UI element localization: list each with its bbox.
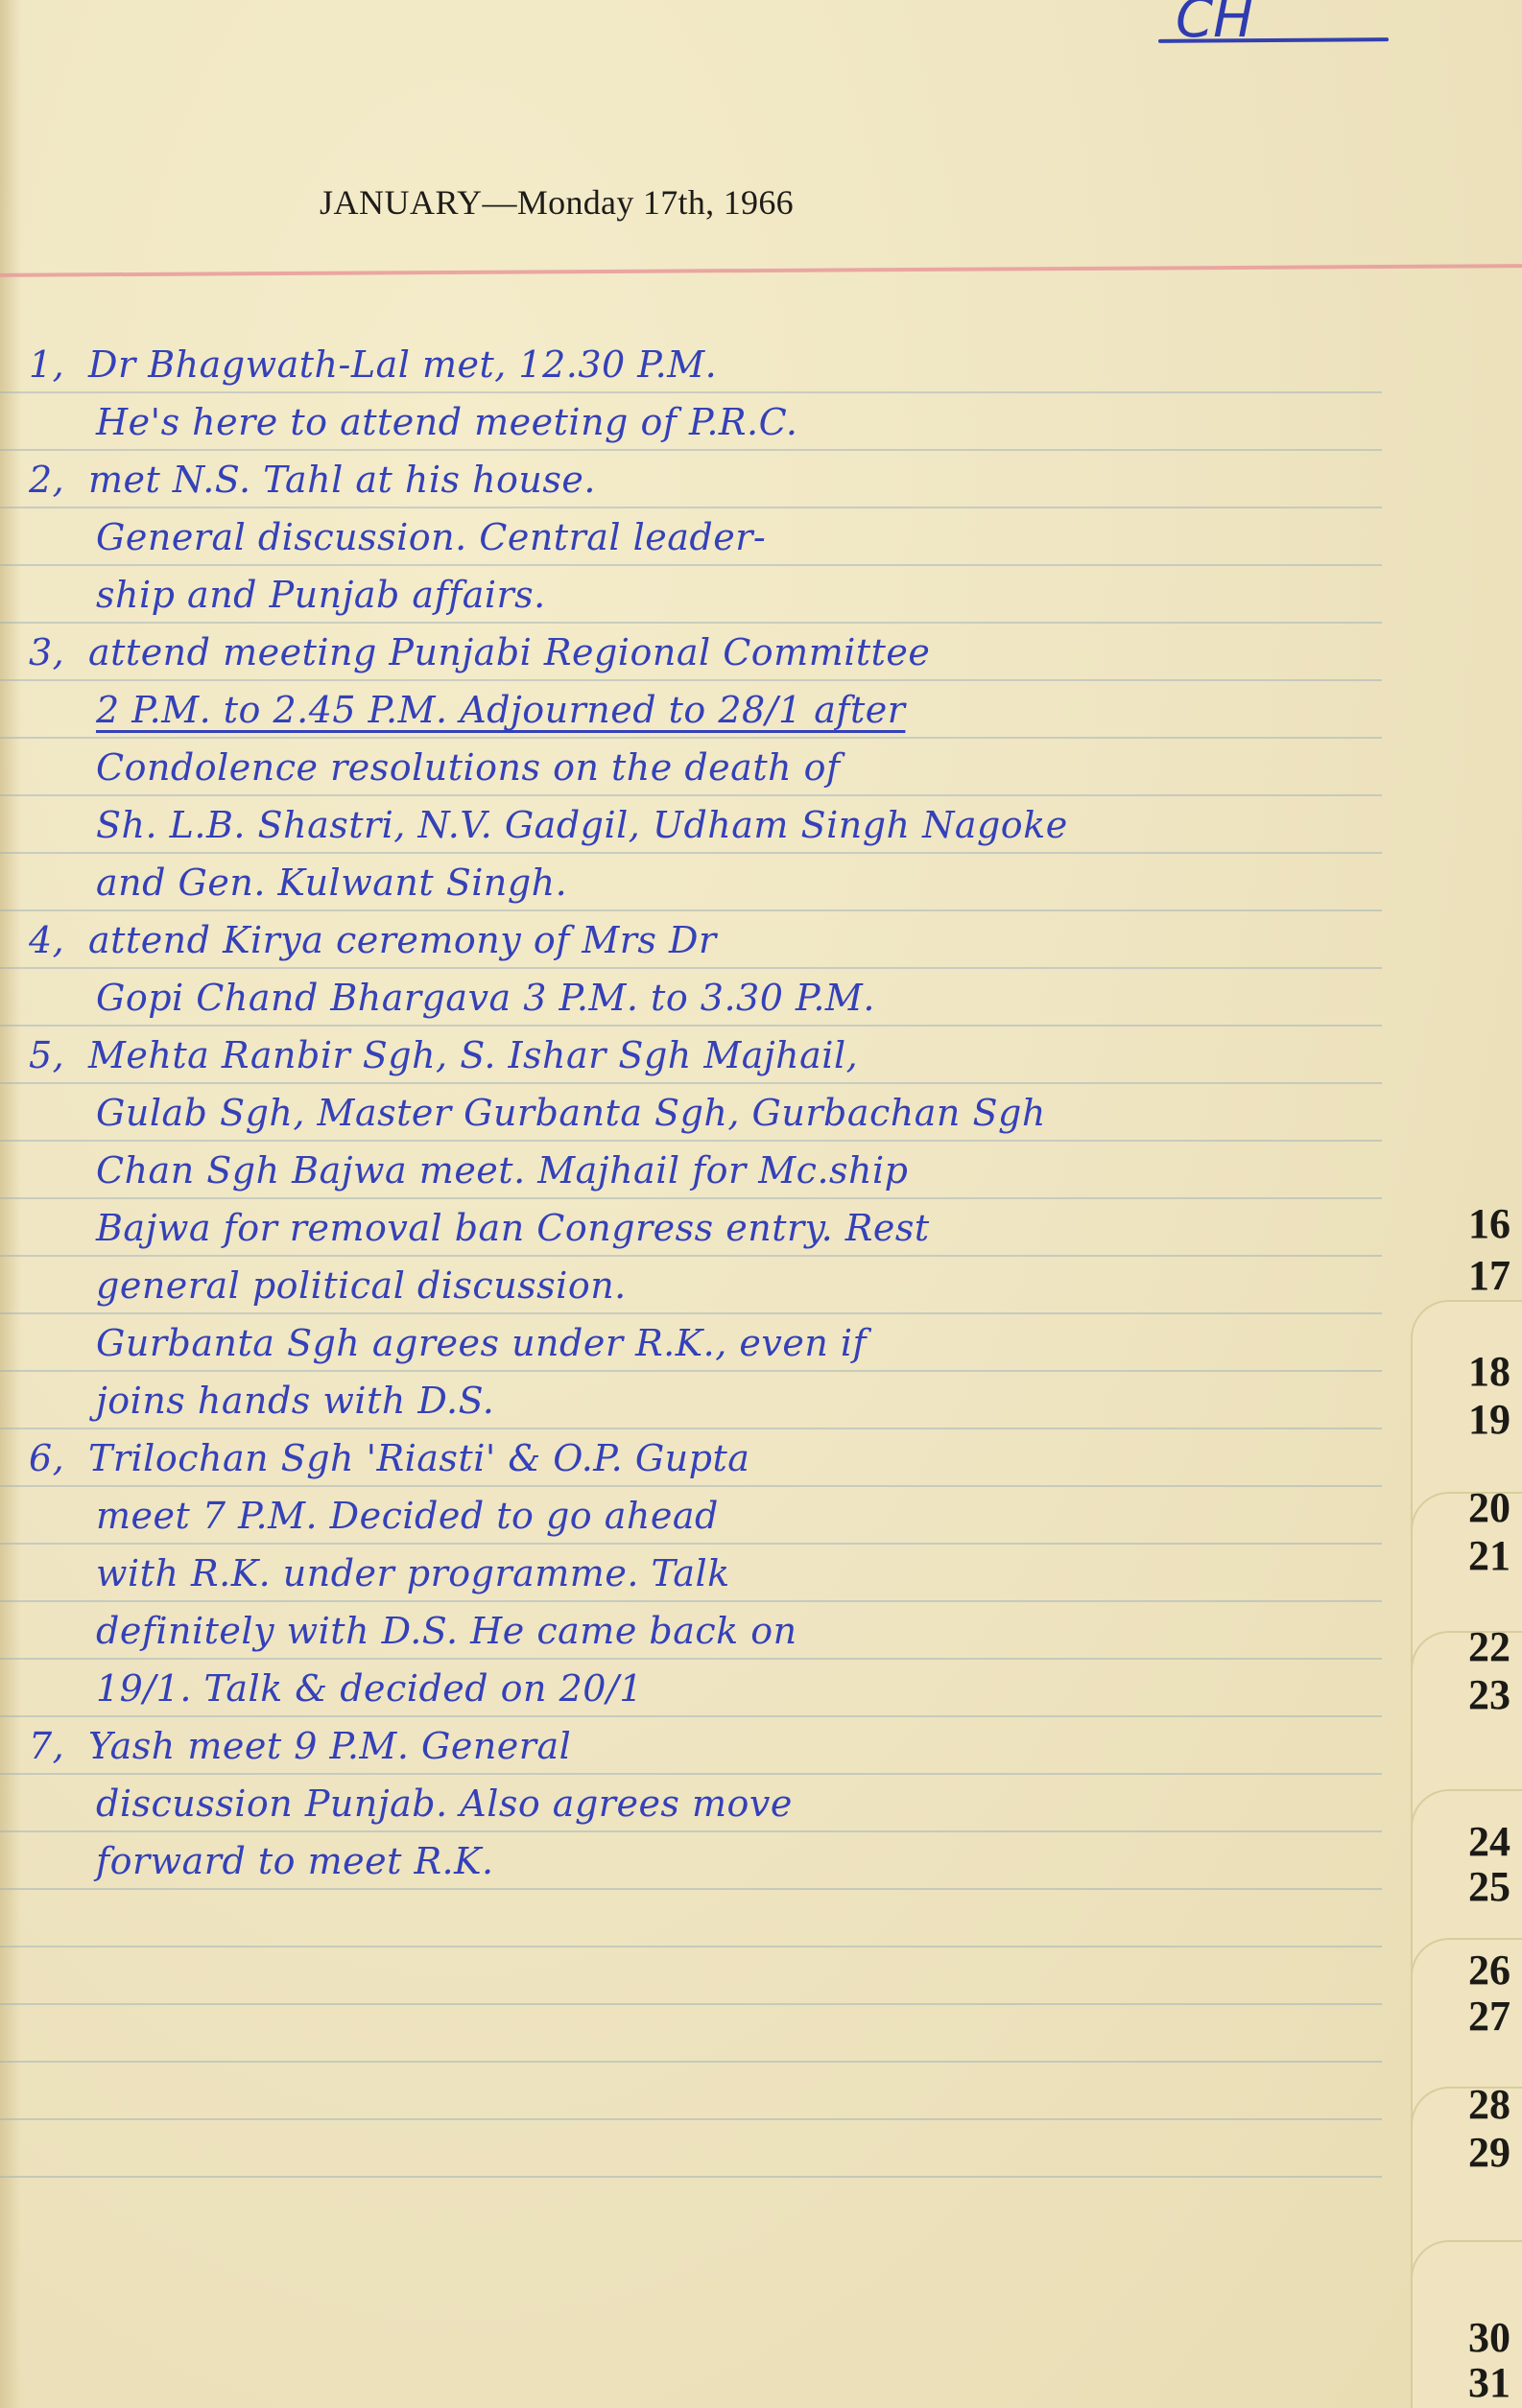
entry-text: Dr Bhagwath-Lal met, 12.30 P.M. — [88, 343, 717, 386]
entry-number: 5, — [29, 1027, 88, 1084]
entry-7-line-1: 7,Yash meet 9 P.M. General — [29, 1717, 1391, 1775]
page-header-date: JANUARY—Monday 17th, 1966 — [320, 182, 794, 223]
date-tab-20[interactable]: 20 — [1468, 1487, 1510, 1529]
entry-3-line-5: and Gen. Kulwant Singh. — [29, 854, 1391, 911]
entry-3-line-3: Condolence resolutions on the death of — [29, 739, 1391, 796]
ruled-line — [0, 2003, 1382, 2005]
date-tab-25[interactable]: 25 — [1468, 1866, 1510, 1908]
date-tab-24[interactable]: 24 — [1468, 1821, 1510, 1863]
date-tab-22[interactable]: 22 — [1468, 1626, 1510, 1668]
entry-5-line-5: general political discussion. — [29, 1257, 1391, 1314]
entry-number: 1, — [29, 336, 88, 393]
entry-3-line-4: Sh. L.B. Shastri, N.V. Gadgil, Udham Sin… — [29, 796, 1391, 854]
header-month: JANUARY — [320, 183, 483, 222]
corner-initials-mark: CH — [1176, 0, 1253, 38]
entry-2-line-2: General discussion. Central leader- — [29, 508, 1391, 566]
entry-6-line-5: 19/1. Talk & decided on 20/1 — [29, 1660, 1391, 1717]
entry-5-line-7: joins hands with D.S. — [29, 1372, 1391, 1429]
entry-5-line-2: Gulab Sgh, Master Gurbanta Sgh, Gurbacha… — [29, 1084, 1391, 1142]
entry-4-line-2: Gopi Chand Bhargava 3 P.M. to 3.30 P.M. — [29, 969, 1391, 1027]
entry-6-line-1: 6,Trilochan Sgh 'Riasti' & O.P. Gupta — [29, 1429, 1391, 1487]
entry-2-line-1: 2,met N.S. Tahl at his house. — [29, 451, 1391, 508]
entry-3-line-2: 2 P.M. to 2.45 P.M. Adjourned to 28/1 af… — [29, 681, 1391, 739]
entry-2-line-3: ship and Punjab affairs. — [29, 566, 1391, 624]
entry-4-line-1: 4,attend Kirya ceremony of Mrs Dr — [29, 911, 1391, 969]
entry-text: Mehta Ranbir Sgh, S. Ishar Sgh Majhail, — [88, 1034, 858, 1076]
date-tab-30[interactable]: 30 — [1468, 2317, 1510, 2359]
entry-number: 7, — [29, 1717, 88, 1775]
date-tab-16[interactable]: 16 — [1468, 1203, 1510, 1245]
entry-1-line-2: He's here to attend meeting of P.R.C. — [29, 393, 1391, 451]
entry-text: attend meeting Punjabi Regional Committe… — [88, 631, 930, 673]
entry-number: 3, — [29, 624, 88, 681]
ruled-line — [0, 2176, 1382, 2178]
ruled-line — [0, 2118, 1382, 2120]
entry-text: attend Kirya ceremony of Mrs Dr — [88, 919, 717, 961]
entry-5-line-3: Chan Sgh Bajwa meet. Majhail for Mc.ship — [29, 1142, 1391, 1199]
date-tab-29[interactable]: 29 — [1468, 2132, 1510, 2174]
entry-text: Yash meet 9 P.M. General — [88, 1725, 571, 1767]
binding-shadow — [0, 0, 21, 2408]
date-tab-18[interactable]: 18 — [1468, 1351, 1510, 1393]
entry-6-line-4: definitely with D.S. He came back on — [29, 1602, 1391, 1660]
date-tab-26[interactable]: 26 — [1468, 1949, 1510, 1992]
entry-number: 6, — [29, 1429, 88, 1487]
entry-number: 2, — [29, 451, 88, 508]
entry-6-line-2: meet 7 P.M. Decided to go ahead — [29, 1487, 1391, 1545]
red-margin-rule — [0, 264, 1522, 277]
date-index-tabs: 16 17 18 19 20 21 22 23 24 25 26 27 28 2… — [1382, 1190, 1522, 2408]
date-tab-27[interactable]: 27 — [1468, 1995, 1510, 2038]
entry-text: Trilochan Sgh 'Riasti' & O.P. Gupta — [88, 1437, 749, 1479]
header-day-date: Monday 17th, 1966 — [517, 183, 794, 222]
entry-5-line-1: 5,Mehta Ranbir Sgh, S. Ishar Sgh Majhail… — [29, 1027, 1391, 1084]
diary-entries: 1,Dr Bhagwath-Lal met, 12.30 P.M. He's h… — [29, 336, 1391, 1890]
date-tab-17[interactable]: 17 — [1468, 1255, 1510, 1297]
diary-page: CH JANUARY—Monday 17th, 1966 1,Dr Bhagwa… — [0, 0, 1522, 2408]
date-tab-21[interactable]: 21 — [1468, 1535, 1510, 1577]
entry-5-line-4: Bajwa for removal ban Congress entry. Re… — [29, 1199, 1391, 1257]
entry-7-line-3: forward to meet R.K. — [29, 1832, 1391, 1890]
entry-7-line-2: discussion Punjab. Also agrees move — [29, 1775, 1391, 1832]
header-dash: — — [483, 183, 517, 222]
date-tab-28[interactable]: 28 — [1468, 2084, 1510, 2126]
entry-3-line-1: 3,attend meeting Punjabi Regional Commit… — [29, 624, 1391, 681]
ruled-line — [0, 1946, 1382, 1948]
date-tab-19[interactable]: 19 — [1468, 1399, 1510, 1441]
entry-number: 4, — [29, 911, 88, 969]
date-tab-23[interactable]: 23 — [1468, 1674, 1510, 1716]
entry-1-line-1: 1,Dr Bhagwath-Lal met, 12.30 P.M. — [29, 336, 1391, 393]
date-tab-31[interactable]: 31 — [1468, 2362, 1510, 2404]
ruled-line — [0, 2061, 1382, 2063]
corner-underline-stroke — [1158, 37, 1389, 43]
entry-text: met N.S. Tahl at his house. — [88, 459, 596, 501]
entry-6-line-3: with R.K. under programme. Talk — [29, 1545, 1391, 1602]
entry-5-line-6: Gurbanta Sgh agrees under R.K., even if — [29, 1314, 1391, 1372]
